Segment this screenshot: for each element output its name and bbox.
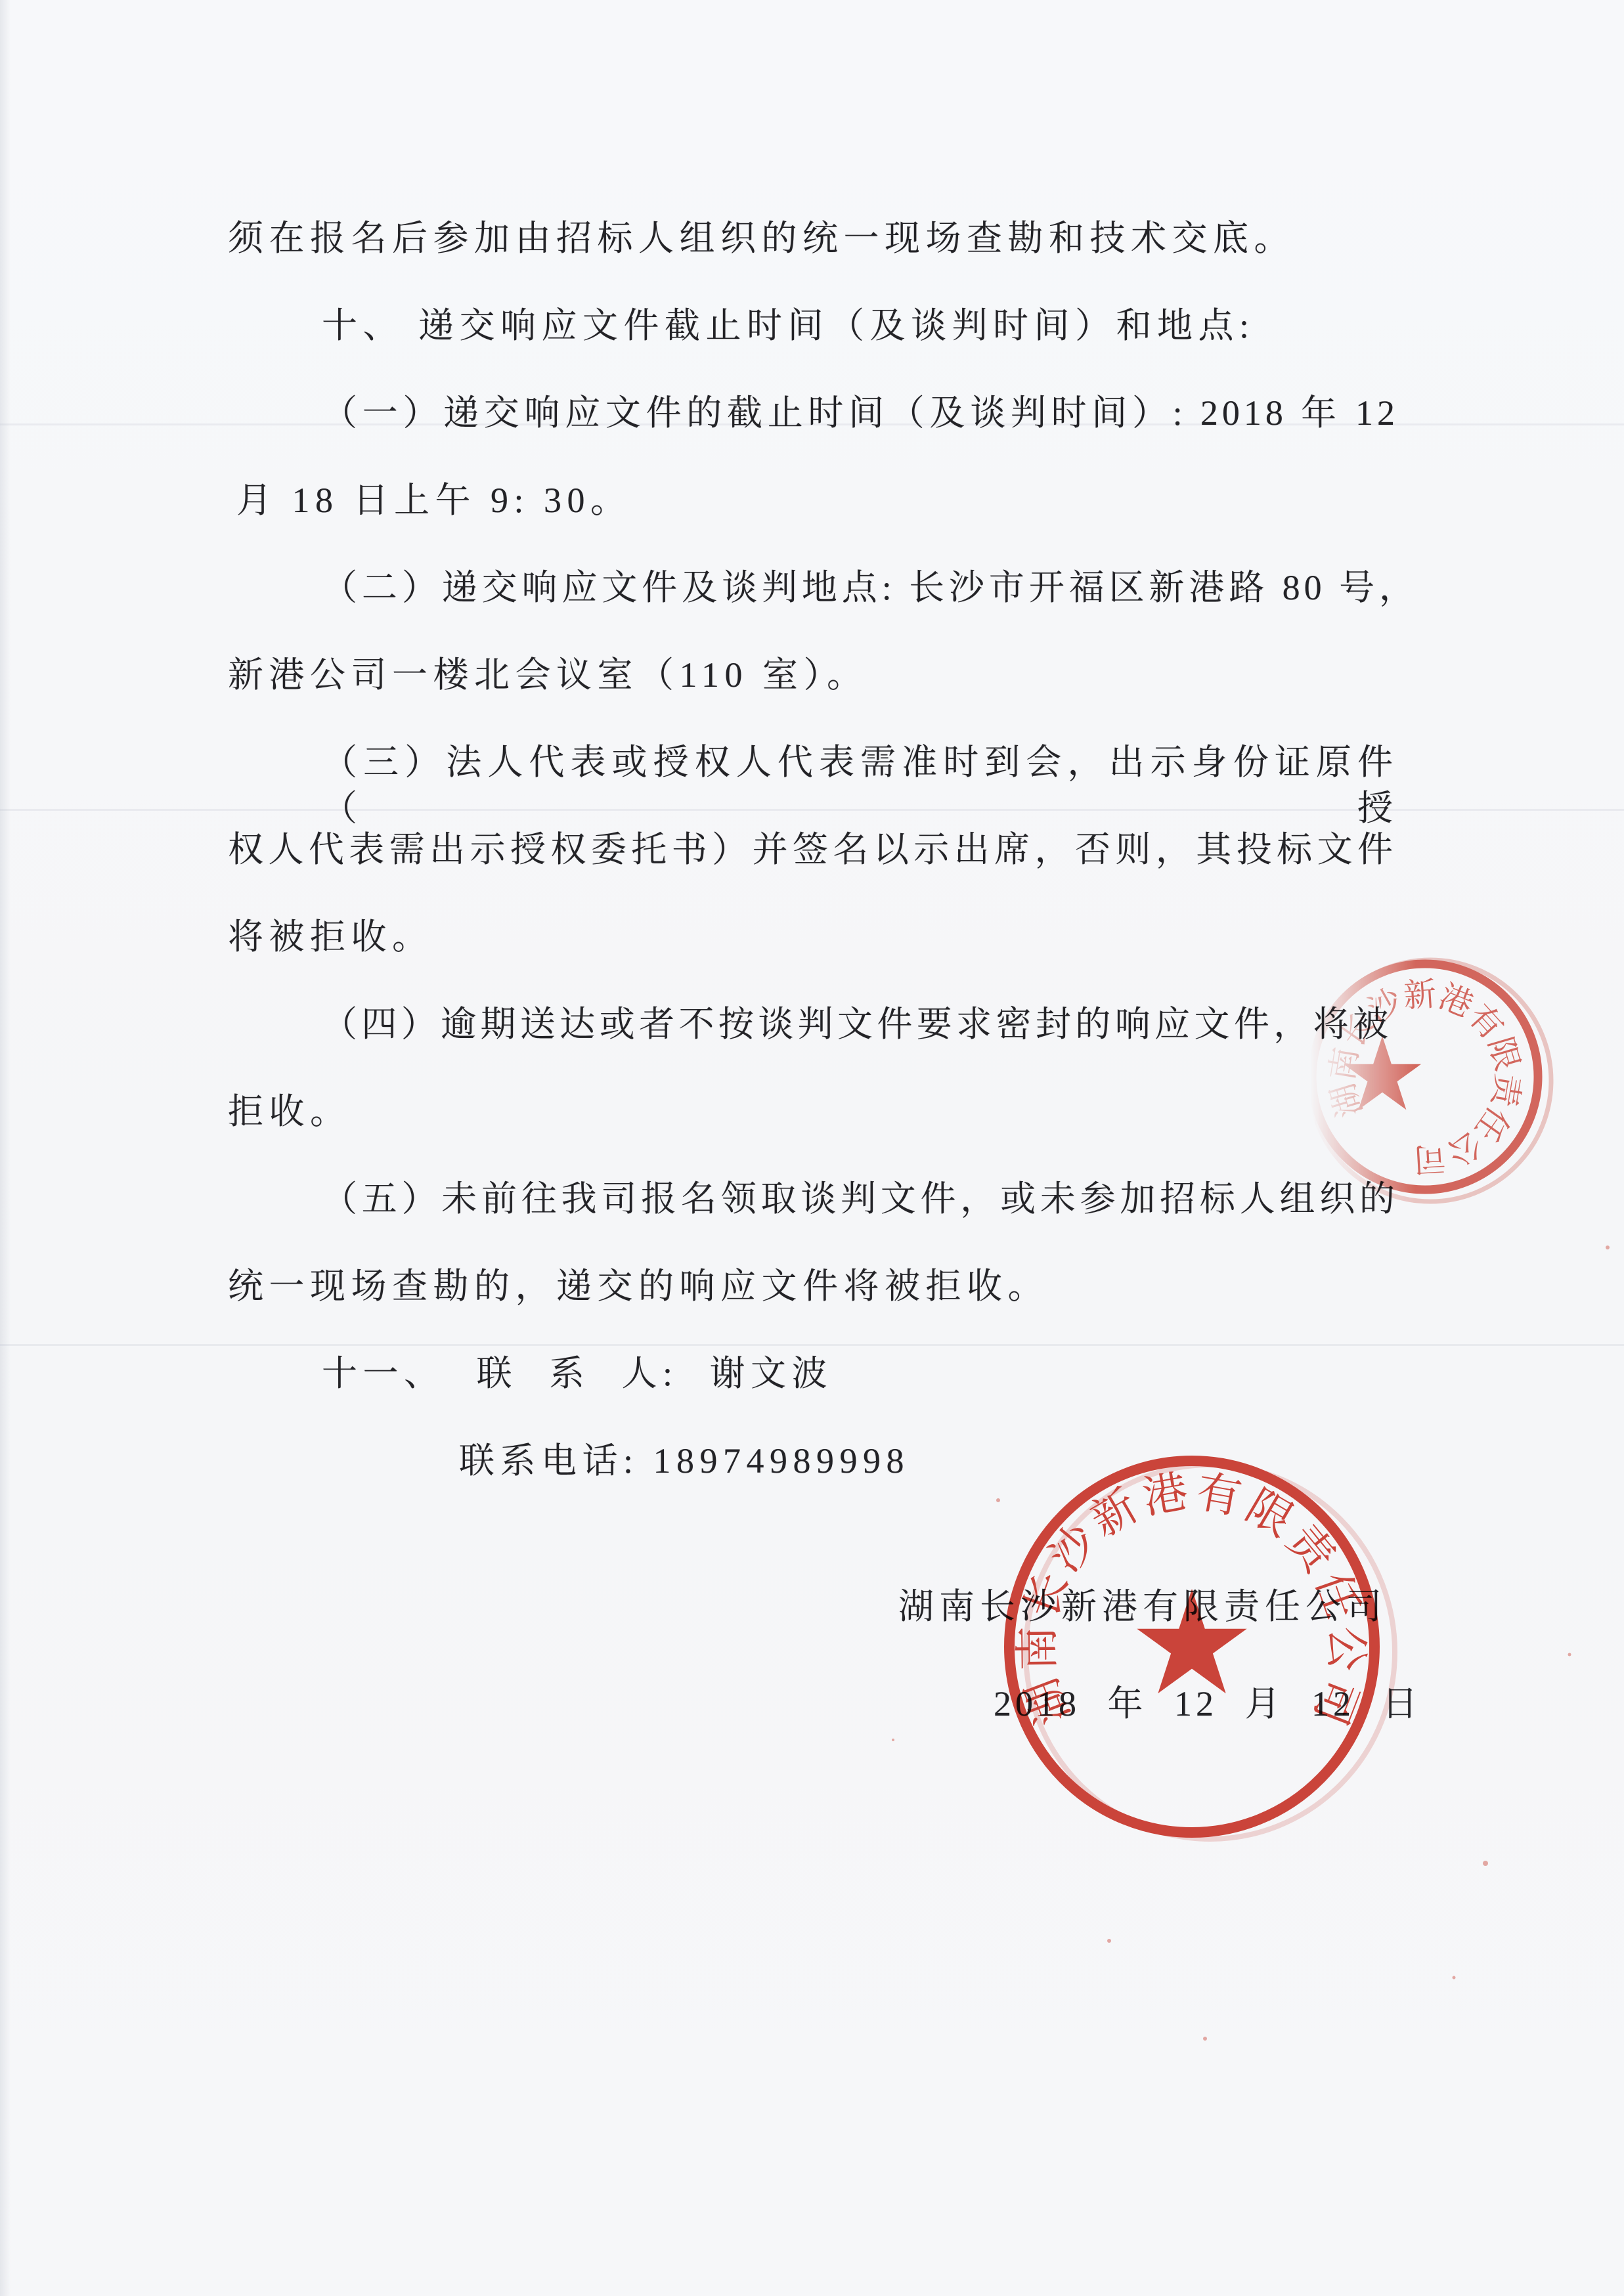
item-2-line: （二）递交响应文件及谈判地点: 长沙市开福区新港路 80 号，: [322, 565, 1418, 611]
signature-date: 2018 年 12 月 12 日: [994, 1681, 1422, 1727]
scan-edge-shadow: [0, 0, 11, 2296]
section-10-heading: 十、 递交响应文件截止时间（及谈判时间）和地点:: [322, 303, 1255, 349]
item-3-line: （三）法人代表或授权人代表需准时到会，出示身份证原件（授: [322, 739, 1397, 831]
item-4-end: 拒收。: [228, 1089, 351, 1135]
company-seal-partial: 湖南长沙新港有限责任公司: [1309, 960, 1551, 1202]
contact-person-line: 十一、 联 系 人: 谢文波: [322, 1351, 833, 1397]
item-5-end: 统一现场查勘的，递交的响应文件将被拒收。: [228, 1263, 1049, 1309]
partial-stamp-ring: [1312, 964, 1538, 1190]
item-3-continuation: 权人代表需出示授权委托书）并签名以示出席，否则，其投标文件: [228, 827, 1397, 873]
partial-stamp-ghost-ring: [1309, 960, 1551, 1202]
item-4-line: （四）逾期送达或者不按谈判文件要求密封的响应文件，将被: [322, 1001, 1392, 1047]
scan-streak: [0, 1344, 1624, 1346]
item-5-line: （五）未前往我司报名领取谈判文件，或未参加招标人组织的: [322, 1176, 1399, 1222]
ink-speckles: [892, 1245, 1610, 2041]
item-1-line: （一）递交响应文件的截止时间（及谈判时间）: 2018 年 12: [322, 390, 1399, 436]
company-seal-main: 湖南长沙新港有限责任公司: [1009, 1461, 1395, 1839]
contact-phone-line: 联系电话: 18974989998: [459, 1438, 910, 1484]
scanned-document-page: 须在报名后参加由招标人组织的统一现场查勘和技术交底。 十、 递交响应文件截止时间…: [0, 0, 1624, 2296]
company-signature: 湖南长沙新港有限责任公司: [898, 1584, 1387, 1630]
stamp-ghost-ring: [1026, 1465, 1395, 1839]
body-line: 须在报名后参加由招标人组织的统一现场查勘和技术交底。: [228, 215, 1295, 261]
item-2-continuation: 新港公司一楼北会议室（110 室）。: [228, 652, 868, 698]
item-3-end: 将被拒收。: [228, 914, 433, 960]
stamp-ring: [1009, 1461, 1374, 1832]
item-1-continuation: 月 18 日上午 9: 30。: [236, 477, 632, 523]
